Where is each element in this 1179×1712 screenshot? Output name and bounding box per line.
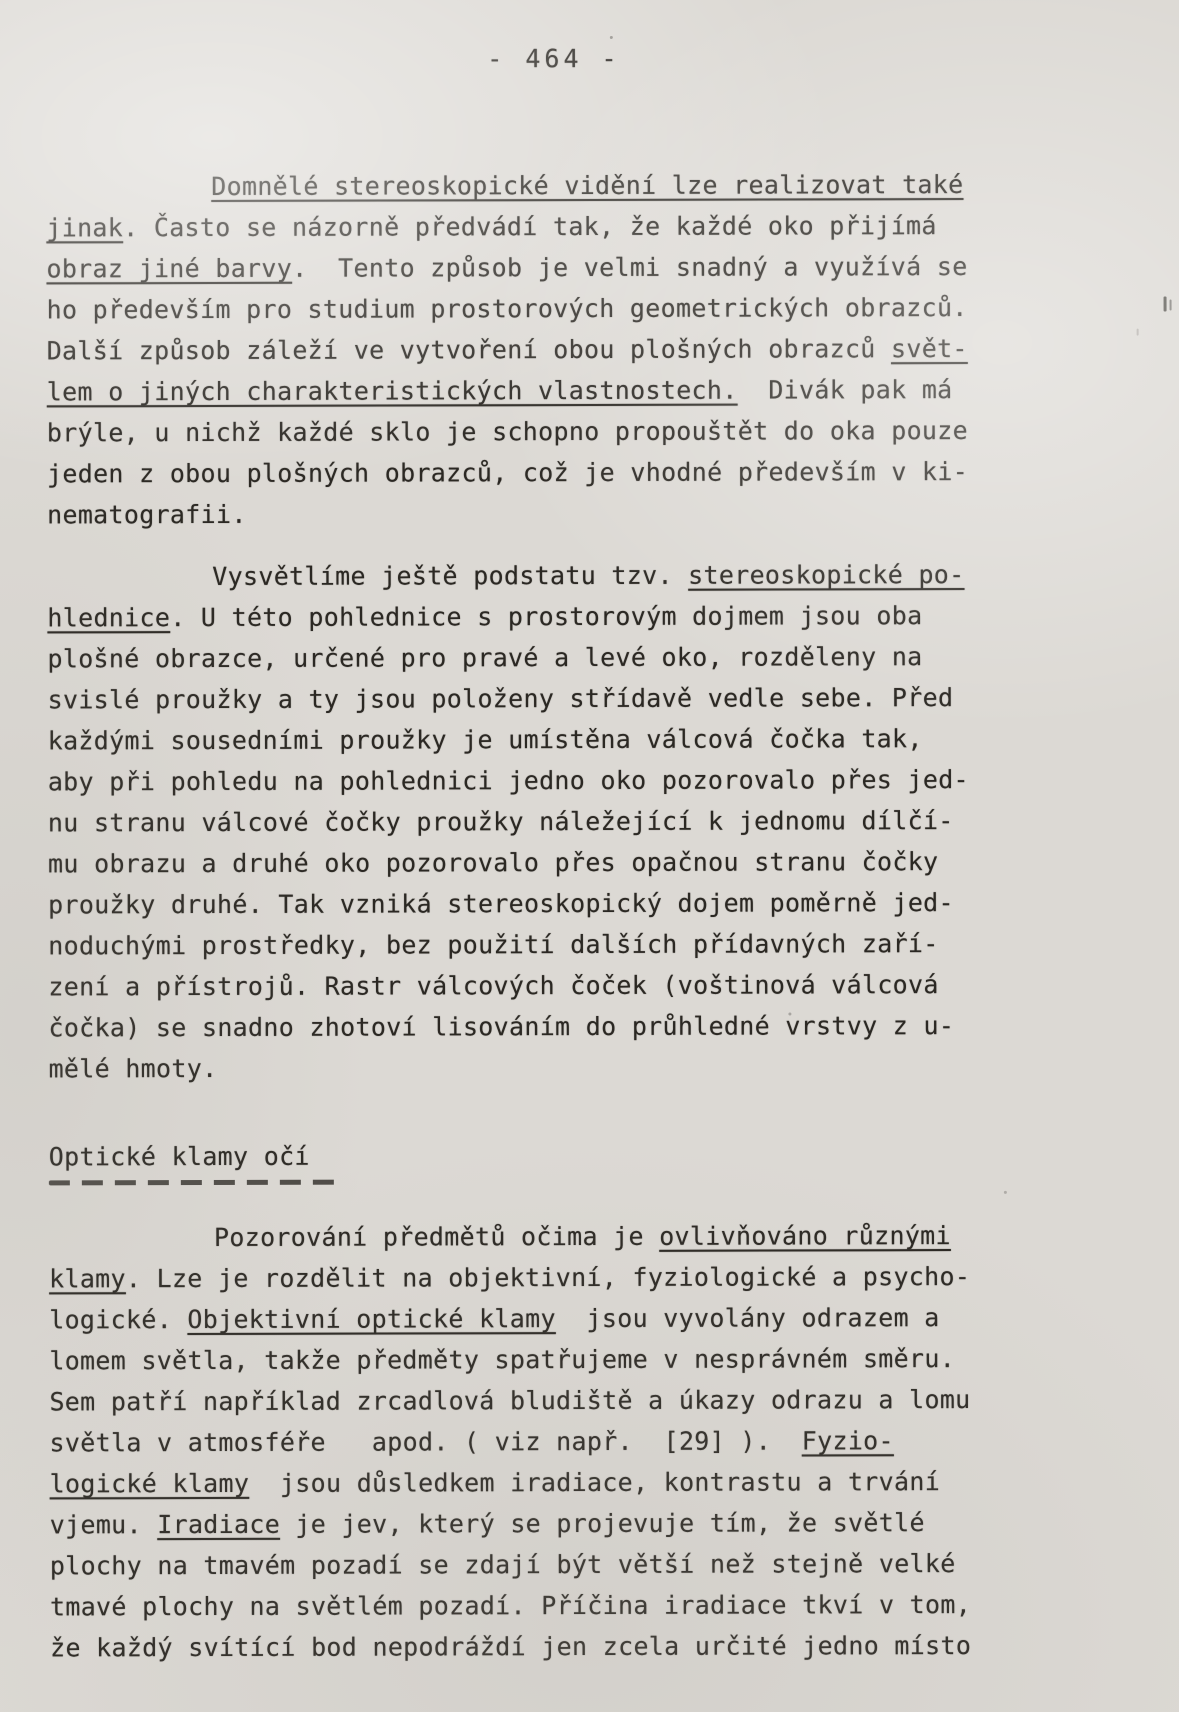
text-line: mělé hmoty. — [49, 1046, 1119, 1090]
text-segment: zení a přístrojů. Rastr válcových čoček … — [48, 970, 938, 1001]
paragraph-stereoscopic-postcard: Vysvětlíme ještě podstatu tzv. stereosko… — [47, 554, 1118, 1090]
underlined-text: hlednice — [47, 603, 170, 632]
text-segment: svislé proužky a ty jsou položeny střída… — [48, 683, 954, 714]
scan-edge-mark — [1170, 299, 1172, 310]
underlined-text: klamy — [49, 1264, 126, 1293]
underlined-text: stereoskopické po- — [688, 560, 964, 590]
text-segment: logické. — [49, 1305, 187, 1334]
underlined-text: Domnělé stereoskopické vidění lze realiz… — [211, 170, 963, 201]
text-line: každými sousedními proužky je umístěna v… — [48, 718, 1118, 762]
paragraph-stereoscopic-other-ways: Domnělé stereoskopické vidění lze realiz… — [46, 164, 1117, 536]
text-line: proužky druhé. Tak vzniká stereoskopický… — [48, 882, 1118, 926]
text-line: zení a přístrojů. Rastr válcových čoček … — [48, 964, 1118, 1008]
text-segment: světla v atmosféře apod. ( viz např. [29… — [49, 1426, 801, 1457]
page-number: - 464 - — [46, 43, 1062, 75]
text-segment: ho především pro studium prostorových ge… — [47, 293, 968, 324]
text-segment: je jev, který se projevuje tím, že světl… — [280, 1508, 925, 1539]
paper-sheet: - 464 - Domnělé stereoskopické vidění lz… — [0, 0, 1179, 1712]
section-heading-optical-illusions: Optické klamy očí — [49, 1134, 1119, 1186]
underlined-text: lem o jiných charakteristických vlastnos… — [47, 376, 738, 407]
text-segment: vjemu. — [50, 1510, 158, 1539]
text-line: logické klamy jsou důsledkem iradiace, k… — [50, 1461, 1120, 1505]
text-line: ho především pro studium prostorových ge… — [47, 287, 1117, 331]
underlined-text: obraz jiné barvy — [46, 254, 292, 284]
ink-speck — [788, 1012, 791, 1015]
text-segment: . Tento způsob je velmi snadný a využívá… — [292, 252, 968, 283]
text-line: lem o jiných charakteristických vlastnos… — [47, 369, 1117, 413]
text-line: čočka) se snadno zhotoví lisováním do pr… — [48, 1005, 1118, 1049]
text-line: svislé proužky a ty jsou položeny střída… — [48, 677, 1118, 721]
text-segment: . U této pohlednice s prostorovým dojmem… — [170, 601, 922, 632]
text-segment: plošné obrazce, určené pro pravé a levé … — [47, 642, 922, 673]
text-line: noduchými prostředky, bez použití dalšíc… — [48, 923, 1118, 967]
text-segment: Pozorování předmětů očima je — [214, 1222, 659, 1252]
text-segment: jsou důsledkem iradiace, kontrastu a trv… — [249, 1467, 940, 1498]
text-line: obraz jiné barvy. Tento způsob je velmi … — [46, 246, 1116, 290]
text-segment: čočka) se snadno zhotoví lisováním do pr… — [48, 1011, 954, 1042]
ink-speck — [610, 36, 613, 39]
text-line: lomem světla, takže předměty spatřujeme … — [49, 1338, 1119, 1382]
text-line: vjemu. Iradiace je jev, který se projevu… — [50, 1502, 1120, 1546]
text-line: světla v atmosféře apod. ( viz např. [29… — [49, 1420, 1119, 1464]
text-segment: mělé hmoty. — [49, 1054, 218, 1083]
paragraph-optical-illusions: Pozorování předmětů očima je ovlivňováno… — [49, 1215, 1120, 1669]
text-segment: aby při pohledu na pohlednici jedno oko … — [48, 765, 969, 796]
text-line: nematografii. — [47, 492, 1117, 536]
text-segment: že každý svítící bod nepodráždí jen zcel… — [50, 1631, 971, 1662]
text-line: mu obrazu a druhé oko pozorovalo přes op… — [48, 841, 1118, 885]
text-line: Pozorování předmětů očima je ovlivňováno… — [49, 1215, 1119, 1259]
text-segment: Sem patří například zrcadlová bludiště a… — [49, 1385, 970, 1416]
text-segment: brýle, u nichž každé sklo je schopno pro… — [47, 416, 968, 447]
text-line: jeden z obou plošných obrazců, což je vh… — [47, 451, 1117, 495]
underlined-text: Iradiace — [157, 1510, 280, 1539]
text-line: nu stranu válcové čočky proužky náležejí… — [48, 800, 1118, 844]
dashed-underline — [49, 1180, 337, 1186]
text-line: hlednice. U této pohlednice s prostorový… — [47, 595, 1117, 639]
scan-edge-mark — [1164, 296, 1167, 311]
text-segment: noduchými prostředky, bez použití dalšíc… — [48, 929, 938, 960]
underlined-text: ovlivňováno různými — [659, 1221, 951, 1251]
document-body: Domnělé stereoskopické vidění lze realiz… — [46, 164, 1120, 1669]
text-line: tmavé plochy na světlém pozadí. Příčina … — [50, 1584, 1120, 1628]
text-segment: nematografii. — [47, 500, 247, 530]
text-segment: nu stranu válcové čočky proužky náležejí… — [48, 806, 954, 837]
text-segment: každými sousedními proužky je umístěna v… — [48, 724, 923, 755]
underlined-text: jinak — [46, 213, 123, 242]
text-segment: Divák pak má — [738, 375, 953, 405]
text-line: aby při pohledu na pohlednici jedno oko … — [48, 759, 1118, 803]
text-segment: jeden z obou plošných obrazců, což je vh… — [47, 457, 968, 488]
text-line: plochy na tmavém pozadí se zdají být vět… — [50, 1543, 1120, 1587]
text-segment: lomem světla, takže předměty spatřujeme … — [49, 1344, 955, 1375]
scanned-document-page: { "page": { "number": "- 464 -", "paper_… — [0, 0, 1179, 1712]
ink-speck — [1137, 329, 1139, 336]
text-line: logické. Objektivní optické klamy jsou v… — [49, 1297, 1119, 1341]
underlined-text: Objektivní optické klamy — [187, 1304, 556, 1334]
text-segment: . Lze je rozdělit na objektivní, fyziolo… — [126, 1262, 970, 1293]
text-line: Další způsob záleží ve vytvoření obou pl… — [47, 328, 1117, 372]
text-line: jinak. Často se názorně předvádí tak, že… — [46, 205, 1116, 249]
text-line: že každý svítící bod nepodráždí jen zcel… — [50, 1625, 1120, 1669]
ink-speck — [1004, 1191, 1007, 1194]
text-line: klamy. Lze je rozdělit na objektivní, fy… — [49, 1256, 1119, 1300]
text-line: plošné obrazce, určené pro pravé a levé … — [47, 636, 1117, 680]
text-segment: . Často se názorně předvádí tak, že každ… — [123, 211, 937, 242]
text-segment: Vysvětlíme ještě podstatu tzv. — [212, 561, 688, 591]
underlined-text: logické klamy — [50, 1469, 250, 1499]
text-segment: plochy na tmavém pozadí se zdají být vět… — [50, 1549, 956, 1580]
text-line: brýle, u nichž každé sklo je schopno pro… — [47, 410, 1117, 454]
text-segment: mu obrazu a druhé oko pozorovalo přes op… — [48, 847, 938, 878]
heading-text: Optické klamy očí — [49, 1134, 1119, 1178]
underlined-text: svět- — [891, 334, 968, 363]
text-line: Sem patří například zrcadlová bludiště a… — [49, 1379, 1119, 1423]
text-segment: Další způsob záleží ve vytvoření obou pl… — [47, 334, 891, 365]
text-segment: tmavé plochy na světlém pozadí. Příčina … — [50, 1590, 971, 1621]
text-line: Domnělé stereoskopické vidění lze realiz… — [46, 164, 1116, 208]
text-segment: proužky druhé. Tak vzniká stereoskopický… — [48, 888, 954, 919]
text-line: Vysvětlíme ještě podstatu tzv. stereosko… — [47, 554, 1117, 598]
text-segment: jsou vyvolány odrazem a — [556, 1303, 940, 1333]
underlined-text: Fyzio- — [802, 1426, 894, 1455]
